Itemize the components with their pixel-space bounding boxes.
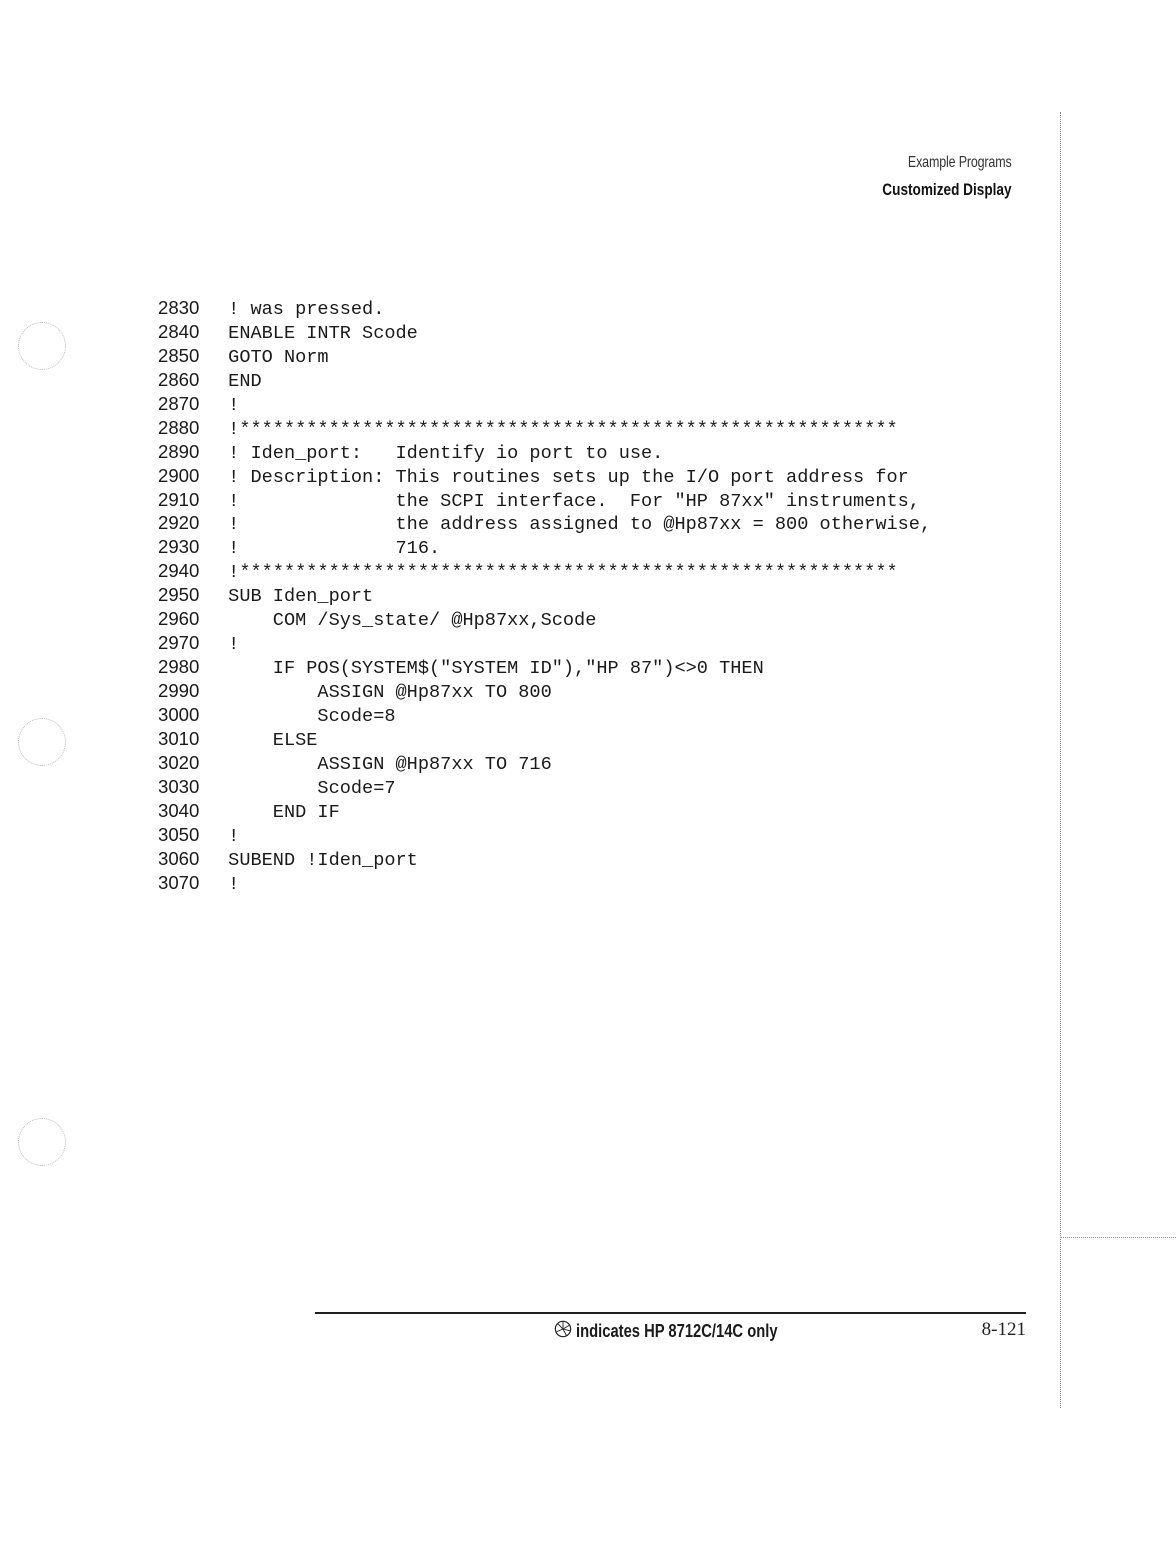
line-number: 3010 <box>158 727 217 751</box>
code-line: 2850 GOTO Norm <box>158 344 931 368</box>
code-line: 2910 ! the SCPI interface. For "HP 87xx"… <box>158 488 931 512</box>
code-line: 2870 ! <box>158 392 931 416</box>
line-number: 2900 <box>158 464 217 488</box>
code-text: Scode=8 <box>217 706 396 727</box>
code-text: END IF <box>217 802 340 823</box>
code-text: IF POS(SYSTEM$("SYSTEM ID"),"HP 87")<>0 … <box>217 658 764 679</box>
code-text: SUBEND !Iden_port <box>217 850 418 871</box>
code-text: END <box>217 371 262 392</box>
page-number: 8-121 <box>982 1319 1026 1341</box>
code-text: ! Description: This routines sets up the… <box>217 467 909 488</box>
line-number: 2880 <box>158 416 217 440</box>
line-number: 3040 <box>158 799 217 823</box>
code-line: 3060 SUBEND !Iden_port <box>158 847 931 871</box>
line-number: 3060 <box>158 847 217 871</box>
code-text: !***************************************… <box>217 419 898 440</box>
code-text: ! <box>217 395 239 416</box>
code-line: 2900 ! Description: This routines sets u… <box>158 464 931 488</box>
page-tab-divider <box>1060 1237 1176 1238</box>
code-line: 2990 ASSIGN @Hp87xx TO 800 <box>158 679 931 703</box>
code-line: 2970 ! <box>158 631 931 655</box>
code-text: ! <box>217 874 239 895</box>
code-text: !***************************************… <box>217 562 898 583</box>
line-number: 2850 <box>158 344 217 368</box>
line-number: 2970 <box>158 631 217 655</box>
code-text: ELSE <box>217 730 317 751</box>
code-line: 2940 !**********************************… <box>158 559 931 583</box>
page-title: Customized Display <box>883 180 1012 200</box>
punch-hole <box>18 322 66 370</box>
running-header: Example Programs Customized Display <box>850 154 1012 200</box>
line-number: 2910 <box>158 488 217 512</box>
code-line: 3030 Scode=7 <box>158 775 931 799</box>
code-line: 3010 ELSE <box>158 727 931 751</box>
code-line: 2830 ! was pressed. <box>158 296 931 320</box>
line-number: 2860 <box>158 368 217 392</box>
line-number: 2830 <box>158 296 217 320</box>
code-line: 2950 SUB Iden_port <box>158 583 931 607</box>
page-tab-strip <box>1060 112 1061 1408</box>
instrument-marker-icon <box>554 1320 572 1343</box>
line-number: 2990 <box>158 679 217 703</box>
line-number: 2930 <box>158 535 217 559</box>
code-line: 2890 ! Iden_port: Identify io port to us… <box>158 440 931 464</box>
footer-note: indicates HP 8712C/14C only <box>554 1320 822 1343</box>
code-line: 2840 ENABLE INTR Scode <box>158 320 931 344</box>
code-line: 2880 !**********************************… <box>158 416 931 440</box>
code-line: 2930 ! 716. <box>158 535 931 559</box>
code-listing: 2830 ! was pressed.2840 ENABLE INTR Scod… <box>158 296 931 894</box>
punch-hole <box>18 718 66 766</box>
line-number: 2980 <box>158 655 217 679</box>
code-text: ! the SCPI interface. For "HP 87xx" inst… <box>217 491 920 512</box>
code-text: Scode=7 <box>217 778 396 799</box>
line-number: 2950 <box>158 583 217 607</box>
line-number: 3070 <box>158 871 217 895</box>
code-line: 2980 IF POS(SYSTEM$("SYSTEM ID"),"HP 87"… <box>158 655 931 679</box>
line-number: 2940 <box>158 559 217 583</box>
code-text: COM /Sys_state/ @Hp87xx,Scode <box>217 610 596 631</box>
punch-hole <box>18 1118 66 1166</box>
code-text: GOTO Norm <box>217 347 329 368</box>
code-line: 3000 Scode=8 <box>158 703 931 727</box>
line-number: 3030 <box>158 775 217 799</box>
code-line: 3070 ! <box>158 871 931 895</box>
code-text: ! was pressed. <box>217 299 384 320</box>
line-number: 3050 <box>158 823 217 847</box>
footer-rule <box>315 1312 1026 1314</box>
code-line: 3050 ! <box>158 823 931 847</box>
line-number: 2840 <box>158 320 217 344</box>
code-line: 3020 ASSIGN @Hp87xx TO 716 <box>158 751 931 775</box>
code-line: 2860 END <box>158 368 931 392</box>
section-title: Example Programs <box>886 154 1012 172</box>
line-number: 2890 <box>158 440 217 464</box>
line-number: 2870 <box>158 392 217 416</box>
code-text: ! <box>217 634 239 655</box>
line-number: 3000 <box>158 703 217 727</box>
code-line: 3040 END IF <box>158 799 931 823</box>
code-text: ! the address assigned to @Hp87xx = 800 … <box>217 514 931 535</box>
code-text: ENABLE INTR Scode <box>217 323 418 344</box>
code-text: ! <box>217 826 239 847</box>
code-text: ASSIGN @Hp87xx TO 800 <box>217 682 552 703</box>
code-text: ! 716. <box>217 538 440 559</box>
code-text: ASSIGN @Hp87xx TO 716 <box>217 754 552 775</box>
line-number: 2920 <box>158 511 217 535</box>
line-number: 2960 <box>158 607 217 631</box>
code-text: ! Iden_port: Identify io port to use. <box>217 443 663 464</box>
code-line: 2920 ! the address assigned to @Hp87xx =… <box>158 511 931 535</box>
line-number: 3020 <box>158 751 217 775</box>
code-line: 2960 COM /Sys_state/ @Hp87xx,Scode <box>158 607 931 631</box>
code-text: SUB Iden_port <box>217 586 373 607</box>
footer-note-text: indicates HP 8712C/14C only <box>576 1321 778 1342</box>
